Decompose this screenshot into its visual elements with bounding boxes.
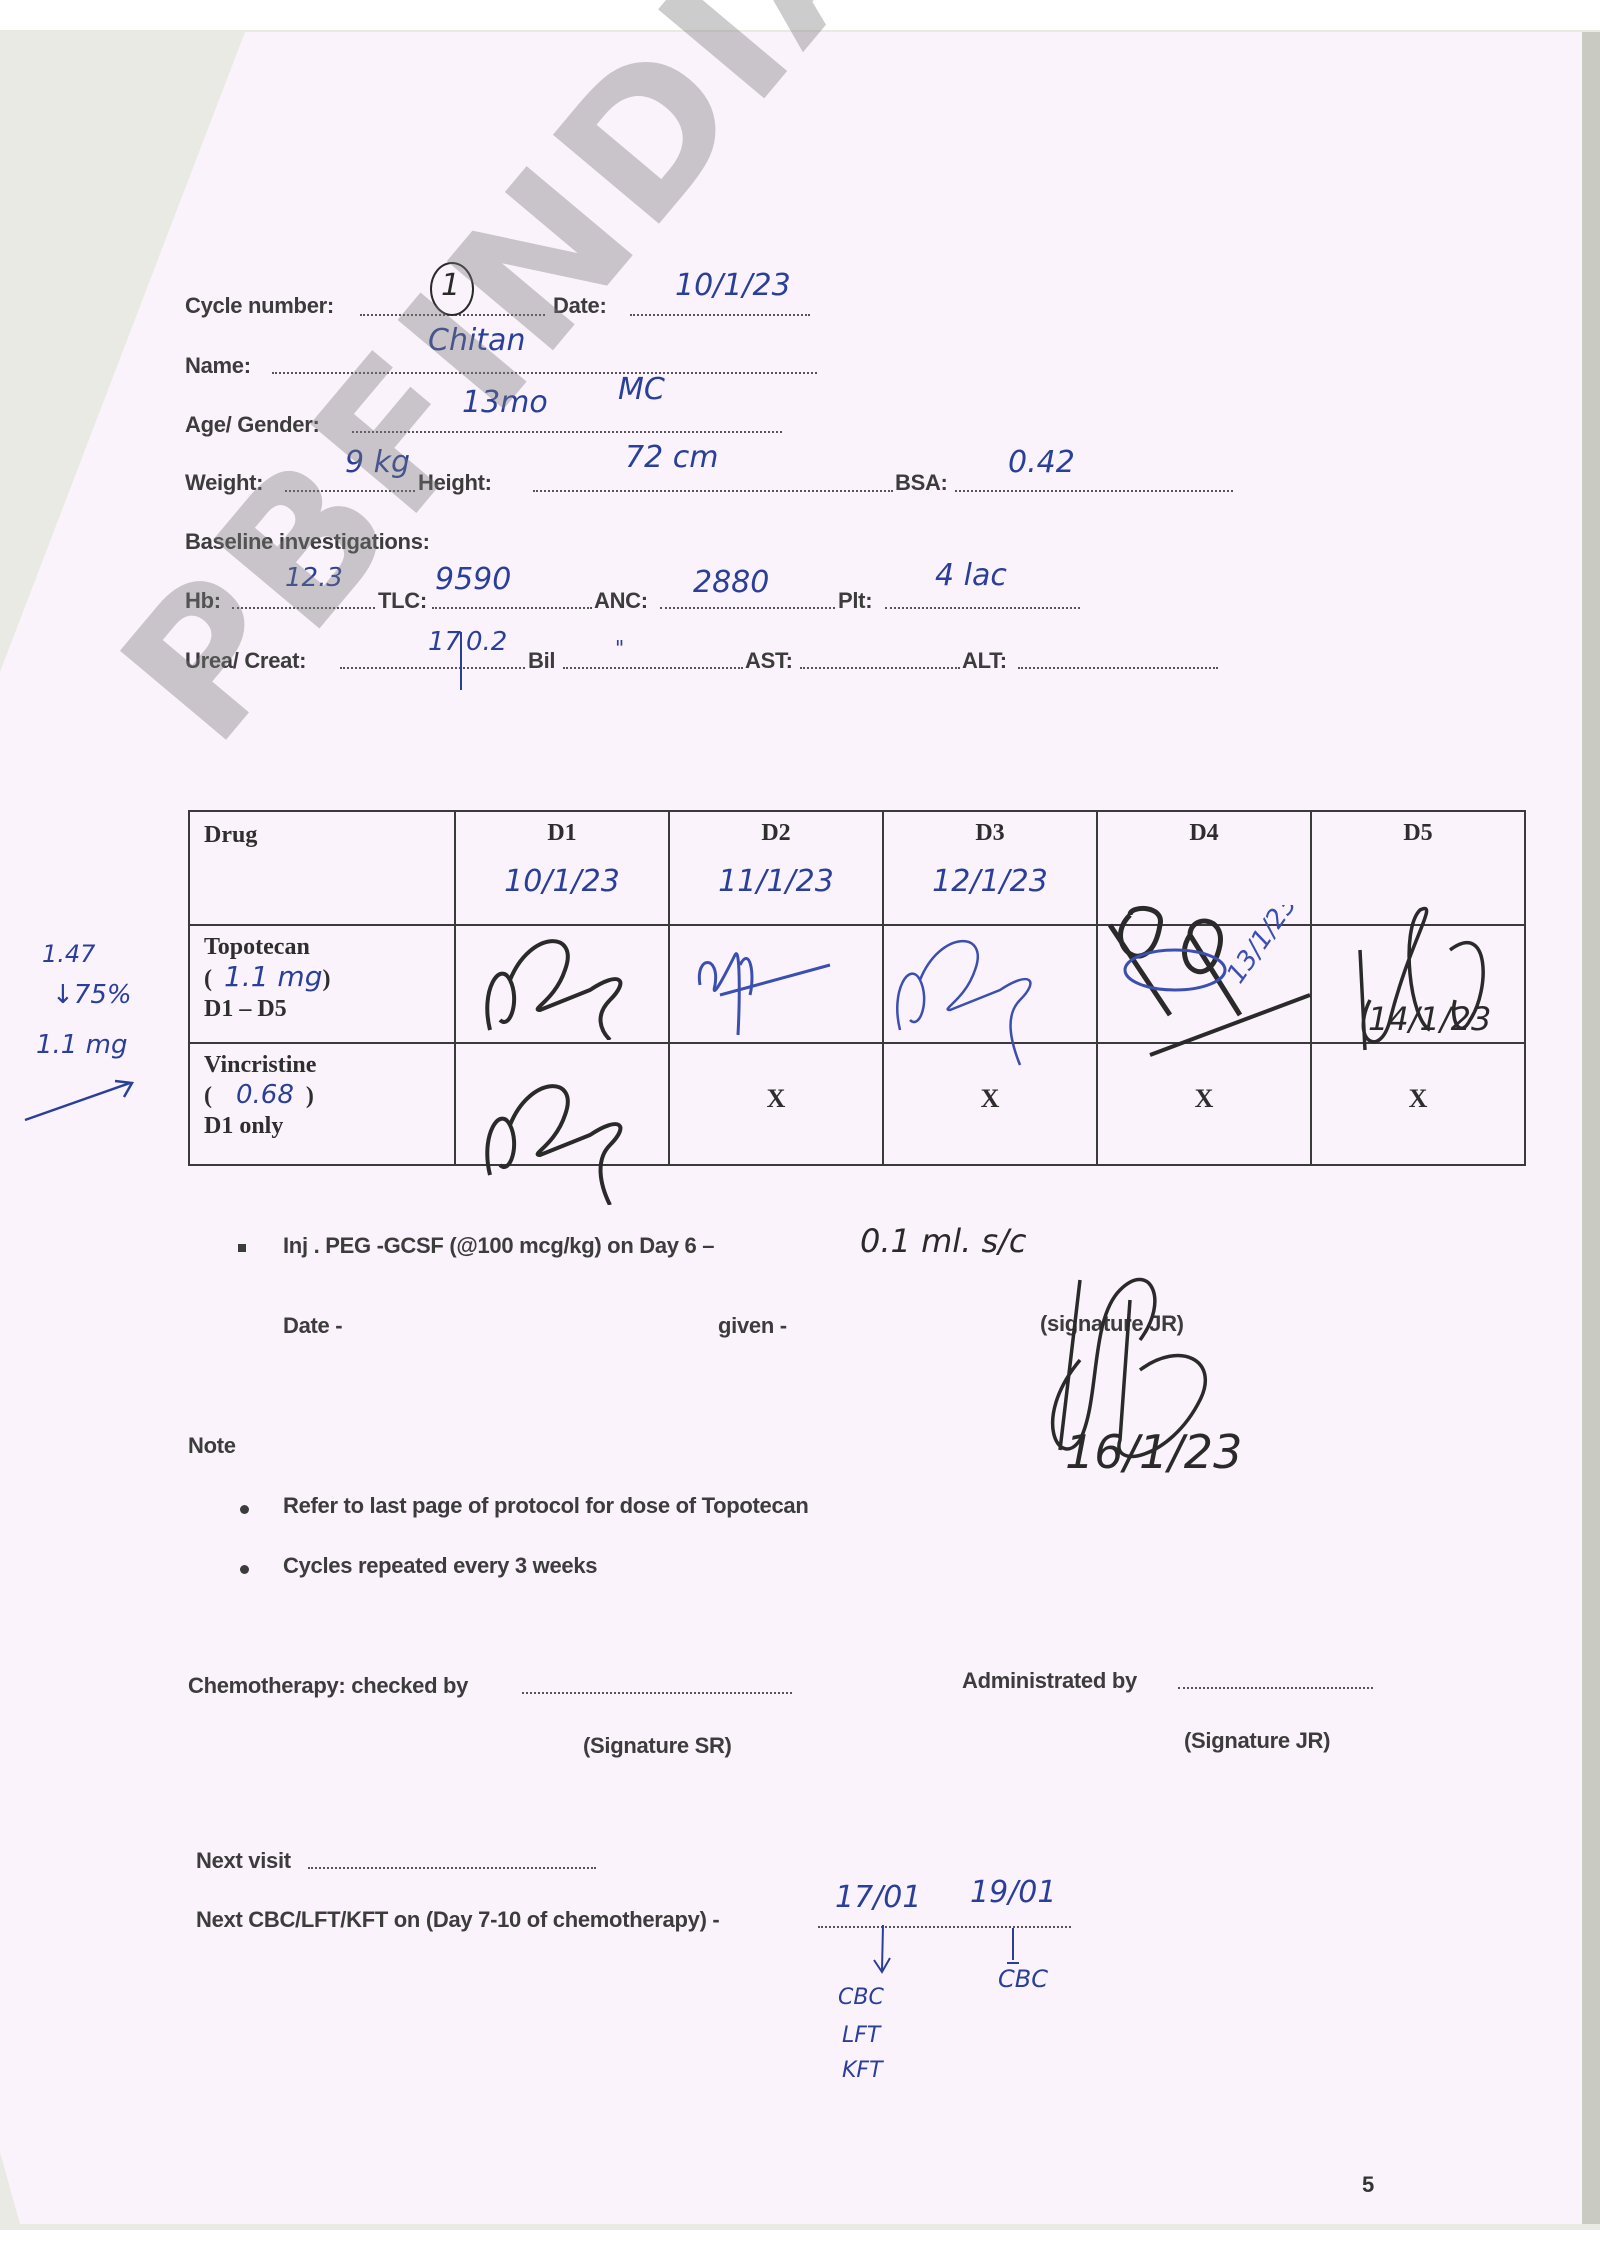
tlc-value[interactable]: 9590 <box>435 562 511 597</box>
signature-topotecan-d3-icon <box>880 920 1060 1070</box>
drug-cell-topotecan: Topotecan ( 1.1 mg) D1 – D5 <box>189 925 455 1043</box>
peg-bullet-icon <box>238 1244 246 1252</box>
margin-arrow-icon <box>20 1075 140 1125</box>
urea-value[interactable]: 17 <box>428 627 461 657</box>
next-tests-label: Next CBC/LFT/KFT on (Day 7-10 of chemoth… <box>196 1907 719 1933</box>
note-heading: Note <box>188 1433 236 1459</box>
date1-test-2: LFT <box>842 2023 880 2048</box>
tlc-label: TLC: <box>378 588 427 614</box>
signature-jr-label: (Signature JR) <box>1184 1728 1330 1754</box>
note-item-1: Refer to last page of protocol for dose … <box>283 1493 808 1519</box>
plt-label: Plt: <box>838 588 872 614</box>
hb-label: Hb: <box>185 588 221 614</box>
bsa-value[interactable]: 0.42 <box>1008 445 1075 480</box>
margin-note-line2: ↓75% <box>52 980 132 1010</box>
down-arrow-2-icon <box>1003 1925 1023 1970</box>
cycle-number-value[interactable]: 1 <box>441 268 460 303</box>
weight-label: Weight: <box>185 470 263 496</box>
signature-sr-label: (Signature SR) <box>583 1733 732 1759</box>
alt-line <box>1018 667 1218 669</box>
date2-test-1: CBC <box>998 1965 1048 1993</box>
bil-line <box>563 667 743 669</box>
next-visit-label: Next visit <box>196 1848 291 1874</box>
table-header-d1: D110/1/23 <box>455 811 669 925</box>
checked-by-line[interactable] <box>522 1692 792 1694</box>
d3-date[interactable]: 12/1/23 <box>884 864 1096 899</box>
bsa-line <box>955 490 1233 492</box>
next-tests-date-1[interactable]: 17/01 <box>835 1880 921 1915</box>
creat-value[interactable]: 0.2 <box>466 627 507 657</box>
weight-value[interactable]: 9 kg <box>345 445 410 480</box>
alt-label: ALT: <box>962 648 1007 674</box>
table-header-d3: D312/1/23 <box>883 811 1097 925</box>
age-gender-line <box>352 431 782 433</box>
cycle-number-label: Cycle number: <box>185 293 334 319</box>
baseline-heading: Baseline investigations: <box>185 529 430 555</box>
bil-label: Bil <box>528 648 555 674</box>
page-number: 5 <box>1362 2172 1374 2198</box>
drug-cell-vincristine: Vincristine ( 0.68 ) D1 only <box>189 1043 455 1165</box>
height-label: Height: <box>418 470 492 496</box>
d1-date[interactable]: 10/1/23 <box>456 864 668 899</box>
signature-vincristine-d1-icon <box>470 1065 650 1205</box>
note-item-2: Cycles repeated every 3 weeks <box>283 1553 597 1579</box>
anc-line <box>660 607 835 609</box>
urea-creat-divider <box>460 632 462 690</box>
d2-date[interactable]: 11/1/23 <box>670 864 882 899</box>
peg-gcsf-dose[interactable]: 0.1 ml. s/c <box>860 1222 1027 1260</box>
next-visit-line[interactable] <box>308 1867 596 1869</box>
checked-by-label: Chemotherapy: checked by <box>188 1673 468 1699</box>
anc-value[interactable]: 2880 <box>693 565 769 600</box>
peg-given-label: given - <box>718 1313 787 1339</box>
paper-edge <box>1582 32 1600 2224</box>
height-value[interactable]: 72 cm <box>625 440 718 475</box>
topotecan-dose[interactable]: 1.1 mg <box>224 960 322 993</box>
next-tests-date-2[interactable]: 19/01 <box>970 1875 1056 1910</box>
signature-topotecan-d2-icon <box>680 925 840 1045</box>
age-gender-label: Age/ Gender: <box>185 412 320 438</box>
ast-line <box>800 667 960 669</box>
ast-label: AST: <box>745 648 793 674</box>
note-bullet-1-icon <box>240 1505 249 1514</box>
anc-label: ANC: <box>594 588 648 614</box>
note-bullet-2-icon <box>240 1565 249 1574</box>
hb-value[interactable]: 12.3 <box>285 563 343 593</box>
plt-value[interactable]: 4 lac <box>935 558 1007 593</box>
urea-creat-label: Urea/ Creat: <box>185 648 306 674</box>
hb-line <box>232 607 375 609</box>
peg-date-label: Date - <box>283 1313 342 1339</box>
date-label: Date: <box>553 293 607 319</box>
name-label: Name: <box>185 353 251 379</box>
date-line <box>630 314 810 316</box>
gender-value[interactable]: MC <box>618 372 665 407</box>
signature-topotecan-d1-icon <box>470 920 650 1040</box>
height-line <box>533 490 893 492</box>
peg-signed-date[interactable]: 16/1/23 <box>1065 1425 1242 1479</box>
date1-test-1: CBC <box>838 1985 884 2010</box>
d4-date: 13/1/23 <box>1221 905 1303 989</box>
date-value[interactable]: 10/1/23 <box>675 268 791 303</box>
vincristine-dose[interactable]: 0.68 <box>236 1080 294 1110</box>
table-header-d2: D211/1/23 <box>669 811 883 925</box>
name-line <box>272 372 817 374</box>
tlc-line <box>432 607 592 609</box>
urea-creat-line <box>340 667 525 669</box>
weight-line <box>285 490 415 492</box>
down-arrow-1-icon <box>868 1920 898 1980</box>
signature-topotecan-d4-icon: 13/1/23 <box>1090 905 1330 1065</box>
vincristine-d2-cell: X <box>669 1043 883 1165</box>
d5-date[interactable]: 14/1/23 <box>1368 1000 1491 1038</box>
next-tests-line <box>818 1926 1071 1928</box>
administrated-by-line[interactable] <box>1178 1687 1373 1689</box>
peg-gcsf-label: Inj . PEG -GCSF (@100 mcg/kg) on Day 6 – <box>283 1233 714 1259</box>
plt-line <box>885 607 1080 609</box>
date1-test-3: KFT <box>842 2058 883 2083</box>
table-header-drug: Drug <box>189 811 455 925</box>
margin-note-line3: 1.1 mg <box>36 1030 127 1060</box>
signature-topotecan-d5-icon <box>1350 880 1550 1080</box>
bsa-label: BSA: <box>895 470 948 496</box>
age-value[interactable]: 13mo <box>462 385 548 420</box>
name-value[interactable]: Chitan <box>428 323 525 358</box>
margin-note-line1: 1.47 <box>42 940 95 968</box>
bil-value[interactable]: " <box>615 636 624 660</box>
administrated-by-label: Administrated by <box>962 1668 1137 1694</box>
